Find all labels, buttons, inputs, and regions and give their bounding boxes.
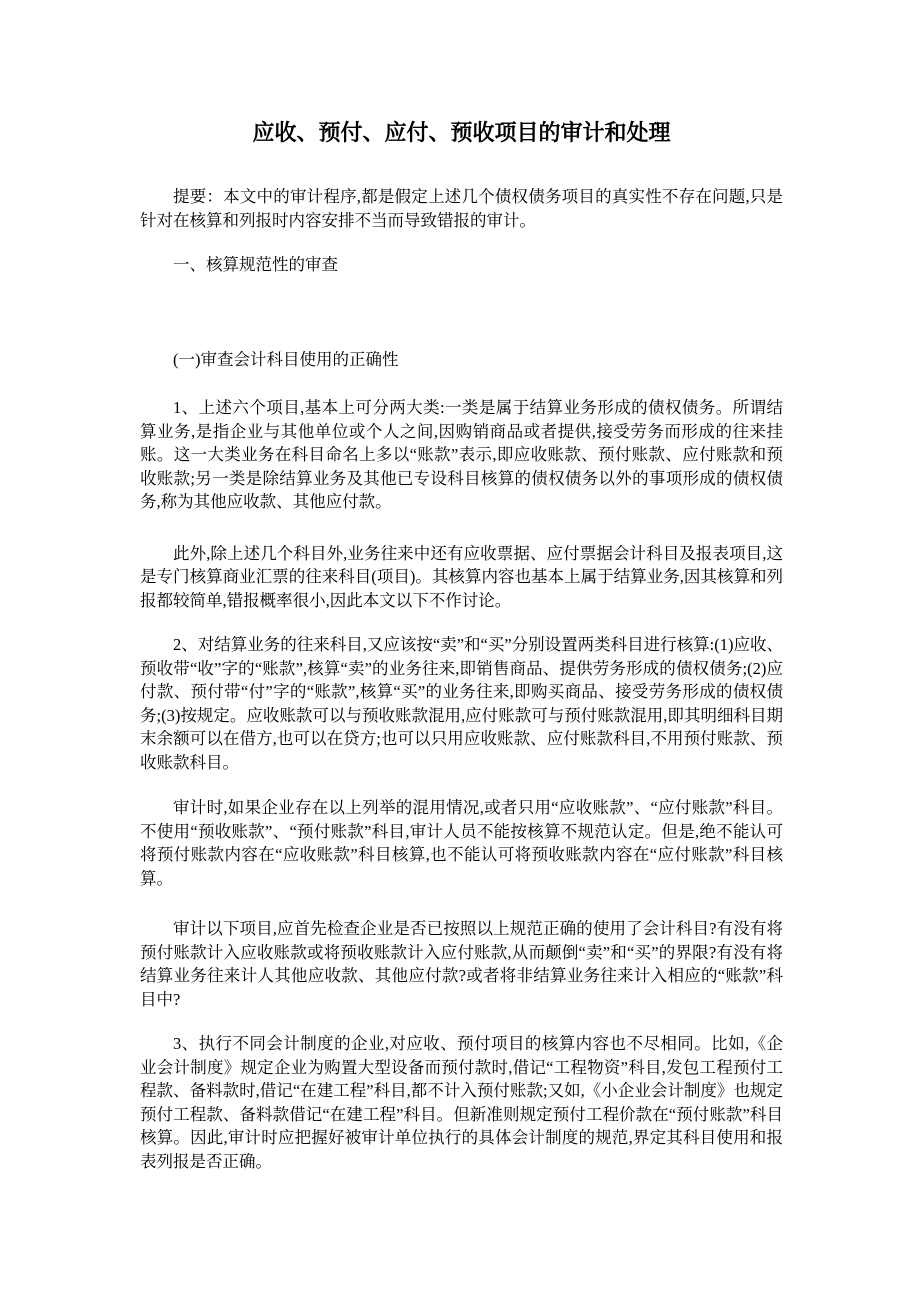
paragraph: 2、对结算业务的往来科目,又应该按“卖”和“买”分别设置两类科目进行核算:(1)… bbox=[140, 633, 783, 774]
section-heading: 一、核算规范性的审查 bbox=[140, 253, 783, 277]
paragraph: 审计以下项目,应首先检查企业是否已按照以上规范正确的使用了会计科目?有没有将预付… bbox=[140, 917, 783, 1011]
paragraph: 1、上述六个项目,基本上可分两大类:一类是属于结算业务形成的债权债务。所谓结算业… bbox=[140, 396, 783, 514]
subsection-heading: (一)审查会计科目使用的正确性 bbox=[140, 348, 783, 372]
paragraph: 审计时,如果企业存在以上列举的混用情况,或者只用“应收账款”、“应付账款”科目。… bbox=[140, 796, 783, 890]
document-content: 应收、预付、应付、预收项目的审计和处理 提要：本文中的审计程序,都是假定上述几个… bbox=[140, 118, 783, 1173]
document-page: 应收、预付、应付、预收项目的审计和处理 提要：本文中的审计程序,都是假定上述几个… bbox=[0, 0, 920, 1302]
abstract-paragraph: 提要：本文中的审计程序,都是假定上述几个债权债务项目的真实性不存在问题,只是针对… bbox=[140, 185, 783, 232]
paragraph: 3、执行不同会计制度的企业,对应收、预付项目的核算内容也不尽相同。比如,《企业会… bbox=[140, 1032, 783, 1173]
document-title: 应收、预付、应付、预收项目的审计和处理 bbox=[140, 118, 783, 148]
paragraph: 此外,除上述几个科目外,业务往来中还有应收票据、应付票据会计科目及报表项目,这是… bbox=[140, 542, 783, 613]
